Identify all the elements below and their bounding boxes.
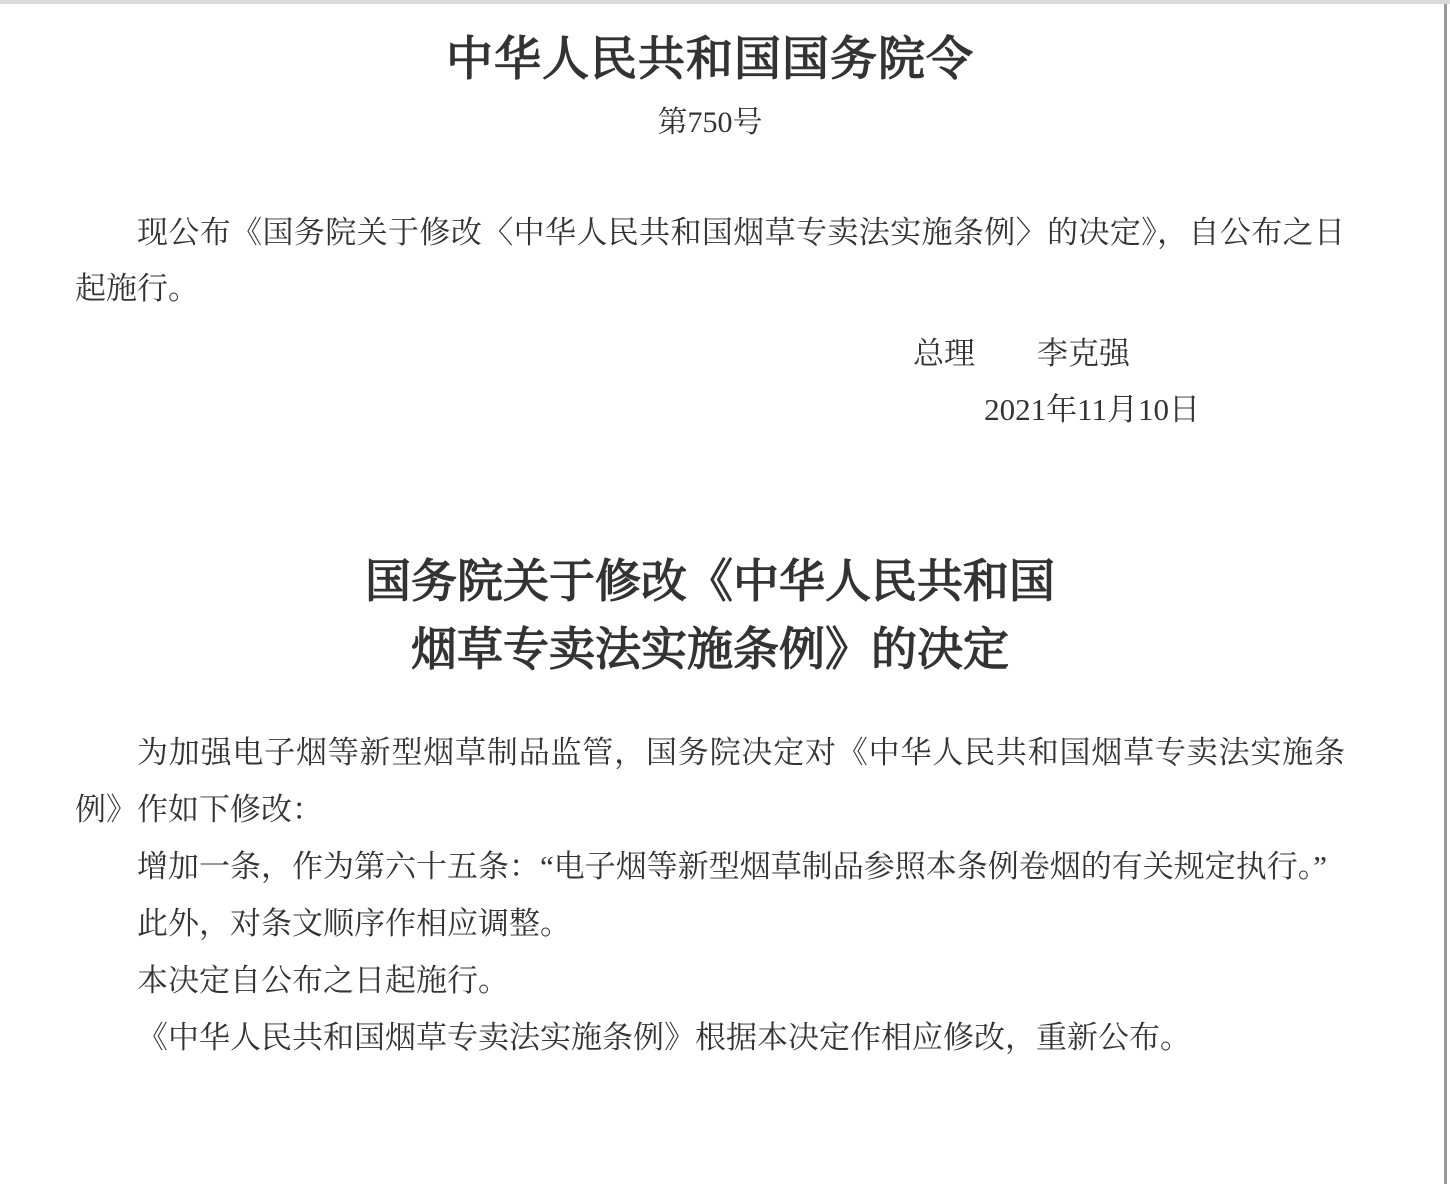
decision-paragraph: 《中华人民共和国烟草专卖法实施条例》根据本决定作相应修改，重新公布。 [75, 1009, 1345, 1066]
premier-signature: 总理 李克强 [75, 336, 1345, 372]
decision-paragraph: 本决定自公布之日起施行。 [75, 952, 1345, 1009]
decree-number: 第750号 [75, 106, 1345, 140]
decision-paragraph: 此外，对条文顺序作相应调整。 [75, 895, 1345, 952]
decree-date: 2021年11月10日 [75, 392, 1345, 428]
decision-body: 为加强电子烟等新型烟草制品监管，国务院决定对《中华人民共和国烟草专卖法实施条例》… [75, 724, 1345, 1066]
decision-title: 国务院关于修改《中华人民共和国 烟草专卖法实施条例》的决定 [75, 548, 1345, 684]
decree-title: 中华人民共和国国务院令 [75, 34, 1345, 86]
decision-title-line-1: 国务院关于修改《中华人民共和国 [75, 548, 1345, 616]
document-page: { "page": { "background": "#ffffff", "to… [0, 0, 1450, 1184]
decree-announcement-paragraph: 现公布《国务院关于修改〈中华人民共和国烟草专卖法实施条例〉的决定》，自公布之日起… [75, 205, 1345, 317]
page-right-border [1444, 4, 1447, 1184]
decision-title-line-2: 烟草专卖法实施条例》的决定 [75, 616, 1345, 684]
decision-paragraph: 增加一条，作为第六十五条：“电子烟等新型烟草制品参照本条例卷烟的有关规定执行。” [75, 838, 1345, 895]
decree-document: 中华人民共和国国务院令 第750号 现公布《国务院关于修改〈中华人民共和国烟草专… [75, 0, 1345, 1184]
decision-paragraph: 为加强电子烟等新型烟草制品监管，国务院决定对《中华人民共和国烟草专卖法实施条例》… [75, 724, 1345, 838]
